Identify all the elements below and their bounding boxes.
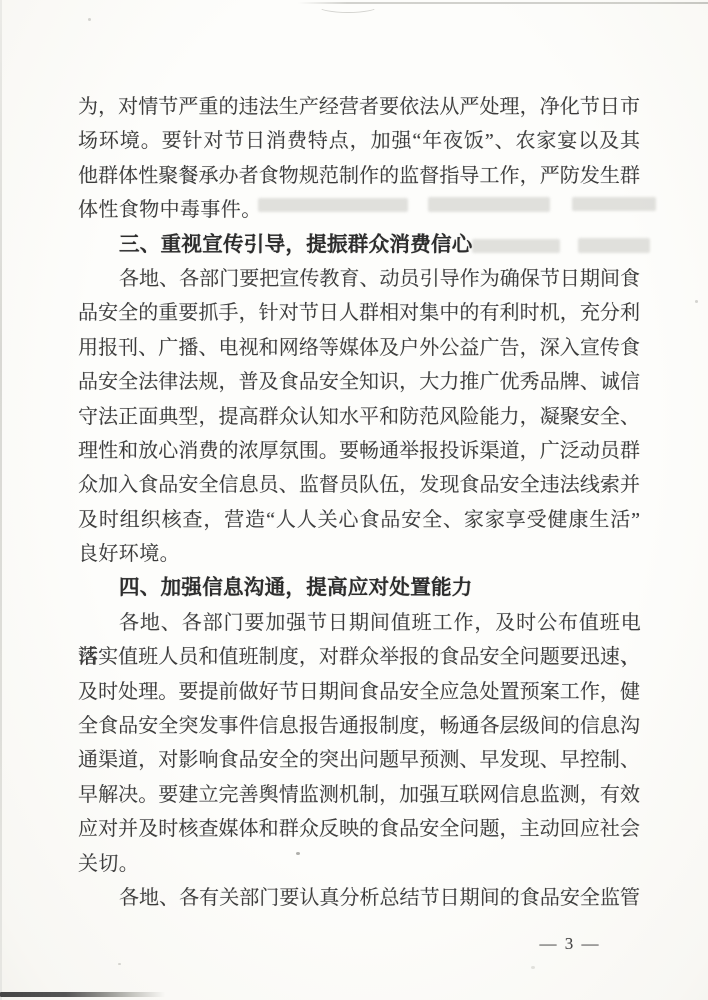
document-line: 各地、各部门要把宣传教育、动员引导作为确保节日期间食: [78, 262, 640, 296]
page-number: — 3 —: [520, 934, 620, 954]
ink-speck: [88, 18, 91, 21]
document-line: 他群体性聚餐承办者食物规范制作的监督指导工作，严防发生群: [78, 159, 640, 193]
scan-edge-line-top: [298, 2, 708, 4]
document-line: 体性食物中毒事件。: [78, 193, 640, 227]
section-heading: 三、重视宣传引导，提振群众消费信心: [78, 228, 640, 262]
document-line: 良好环境。: [78, 537, 640, 571]
document-line: 全食品安全突发事件信息报告通报制度，畅通各层级间的信息沟: [78, 709, 640, 743]
document-line: 及时组织核查，营造“人人关心食品安全、家家享受健康生活”: [78, 503, 640, 537]
document-line: 众加入食品安全信息员、监督员队伍，发现食品安全违法线索并: [78, 468, 640, 502]
document-body: 为，对情节严重的违法生产经营者要依法从严处理，净化节日市 场环境。要针对节日消费…: [78, 90, 640, 915]
scan-edge-line-left: [0, 0, 2, 1000]
section-heading: 四、加强信息沟通，提高应对处置能力: [78, 571, 640, 605]
document-line: 品安全的重要抓手，针对节日人群相对集中的有利时机，充分利: [78, 296, 640, 330]
document-line: 落实值班人员和值班制度，对群众举报的食品安全问题要迅速、: [78, 640, 640, 674]
document-line: 守法正面典型，提高群众认知水平和防范风险能力，凝聚安全、: [78, 400, 640, 434]
document-line: 应对并及时核查媒体和群众反映的食品安全问题，主动回应社会: [78, 812, 640, 846]
ink-speck: [118, 963, 121, 965]
document-line: 理性和放心消费的浓厚氛围。要畅通举报投诉渠道，广泛动员群: [78, 434, 640, 468]
document-line: 早解决。要建立完善舆情监测机制，加强互联网信息监测，有效: [78, 778, 640, 812]
scan-strip-bottom-left: [0, 992, 165, 997]
document-line: 场环境。要针对节日消费特点，加强“年夜饭”、农家宴以及其: [78, 124, 640, 158]
ink-speck: [531, 966, 535, 969]
document-line: 及时处理。要提前做好节日期间食品安全应急处置预案工作，健: [78, 675, 640, 709]
document-line: 为，对情节严重的违法生产经营者要依法从严处理，净化节日市: [78, 90, 640, 124]
document-line: 各地、各部门要加强节日期间值班工作，及时公布值班电话，: [78, 606, 640, 640]
scan-squiggle-mark: [318, 0, 378, 13]
document-line: 各地、各有关部门要认真分析总结节日期间的食品安全监管: [78, 881, 640, 915]
ink-speck: [695, 300, 698, 303]
document-line: 关切。: [78, 847, 640, 881]
document-line: 通渠道，对影响食品安全的突出问题早预测、早发现、早控制、: [78, 743, 640, 777]
document-line: 用报刊、广播、电视和网络等媒体及户外公益广告，深入宣传食: [78, 331, 640, 365]
document-line: 品安全法律法规，普及食品安全知识，大力推广优秀品牌、诚信: [78, 365, 640, 399]
scanned-document-page: 为，对情节严重的违法生产经营者要依法从严处理，净化节日市 场环境。要针对节日消费…: [0, 0, 708, 1000]
